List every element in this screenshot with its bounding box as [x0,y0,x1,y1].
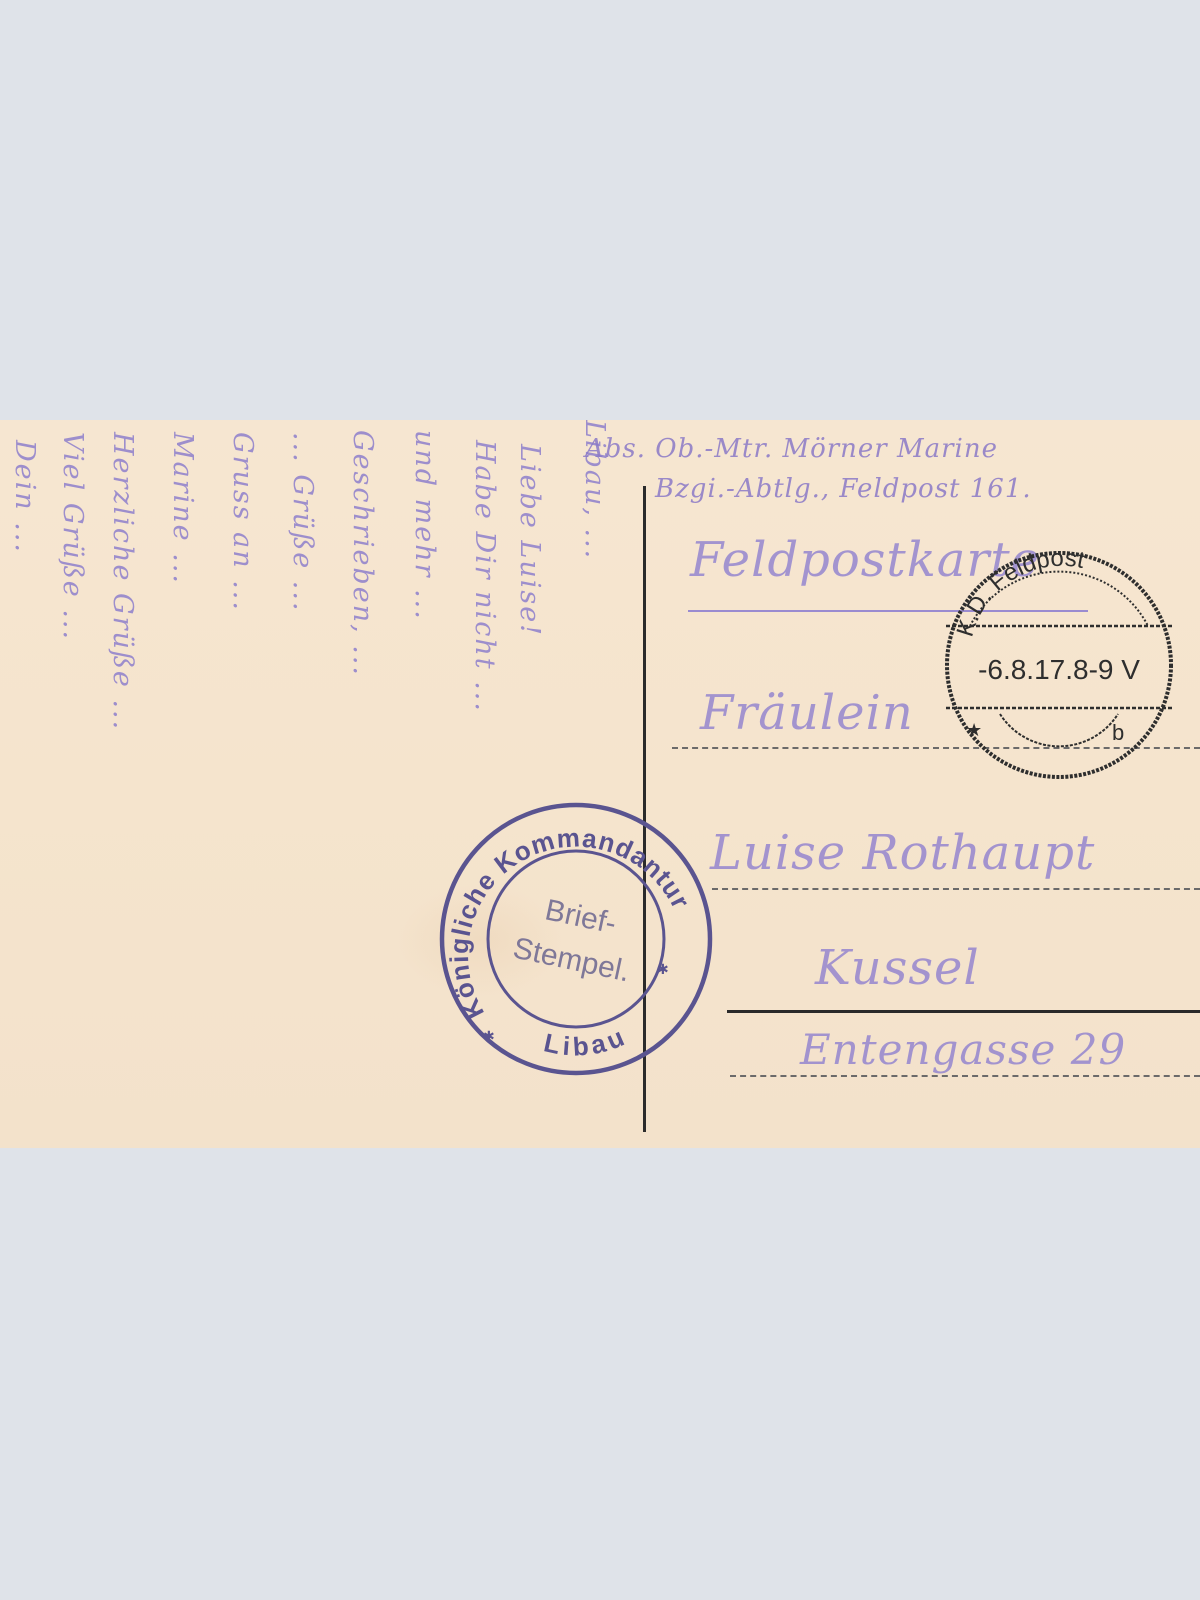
message-line: und mehr ... [409,430,440,621]
message-line: Geschrieben, ... [347,430,378,677]
message-line: Gruss an ... [227,432,258,612]
stamp-center-line-1: Brief- [542,893,619,940]
message-line: Viel Grüße ... [57,432,88,641]
stamp-center-line-2: Stempel. [510,932,633,989]
address-line-3 [730,1075,1200,1077]
recipient-street: Entengasse 29 [800,1025,1126,1074]
city-line [727,1010,1200,1013]
postmark-date: -6.8.17.8-9 V [978,654,1140,685]
address-line-2 [712,888,1200,890]
recipient-name: Luise Rothaupt [710,825,1095,881]
unit-stamp: Königliche Kommandantur Libau ✱ ✱ Brief-… [435,798,717,1080]
feldpost-postmark: K.D. Feldpost -6.8.17.8-9 V ★ b [940,546,1178,784]
postcard: Libau, ... Liebe Luise! Habe Dir nicht .… [0,420,1200,1148]
sender-line-2: Bzgi.-Abtlg., Feldpost 161. [655,474,1032,504]
svg-text:✱: ✱ [483,1028,495,1044]
message-line: Dein ... [9,440,40,554]
message-line: ... Grüße ... [287,432,318,613]
sender-line-1: Abs. Ob.-Mtr. Mörner Marine [585,434,998,464]
salutation: Fräulein [700,685,914,741]
message-line: Herzliche Grüße ... [107,432,138,731]
message-line: Liebe Luise! [514,444,545,637]
svg-text:✱: ✱ [657,961,669,977]
recipient-city: Kussel [815,940,980,996]
star-icon: ★ [966,720,982,740]
postmark-letter: b [1112,720,1124,745]
message-line: Marine ... [167,432,198,585]
message-line: Habe Dir nicht ... [469,440,500,713]
